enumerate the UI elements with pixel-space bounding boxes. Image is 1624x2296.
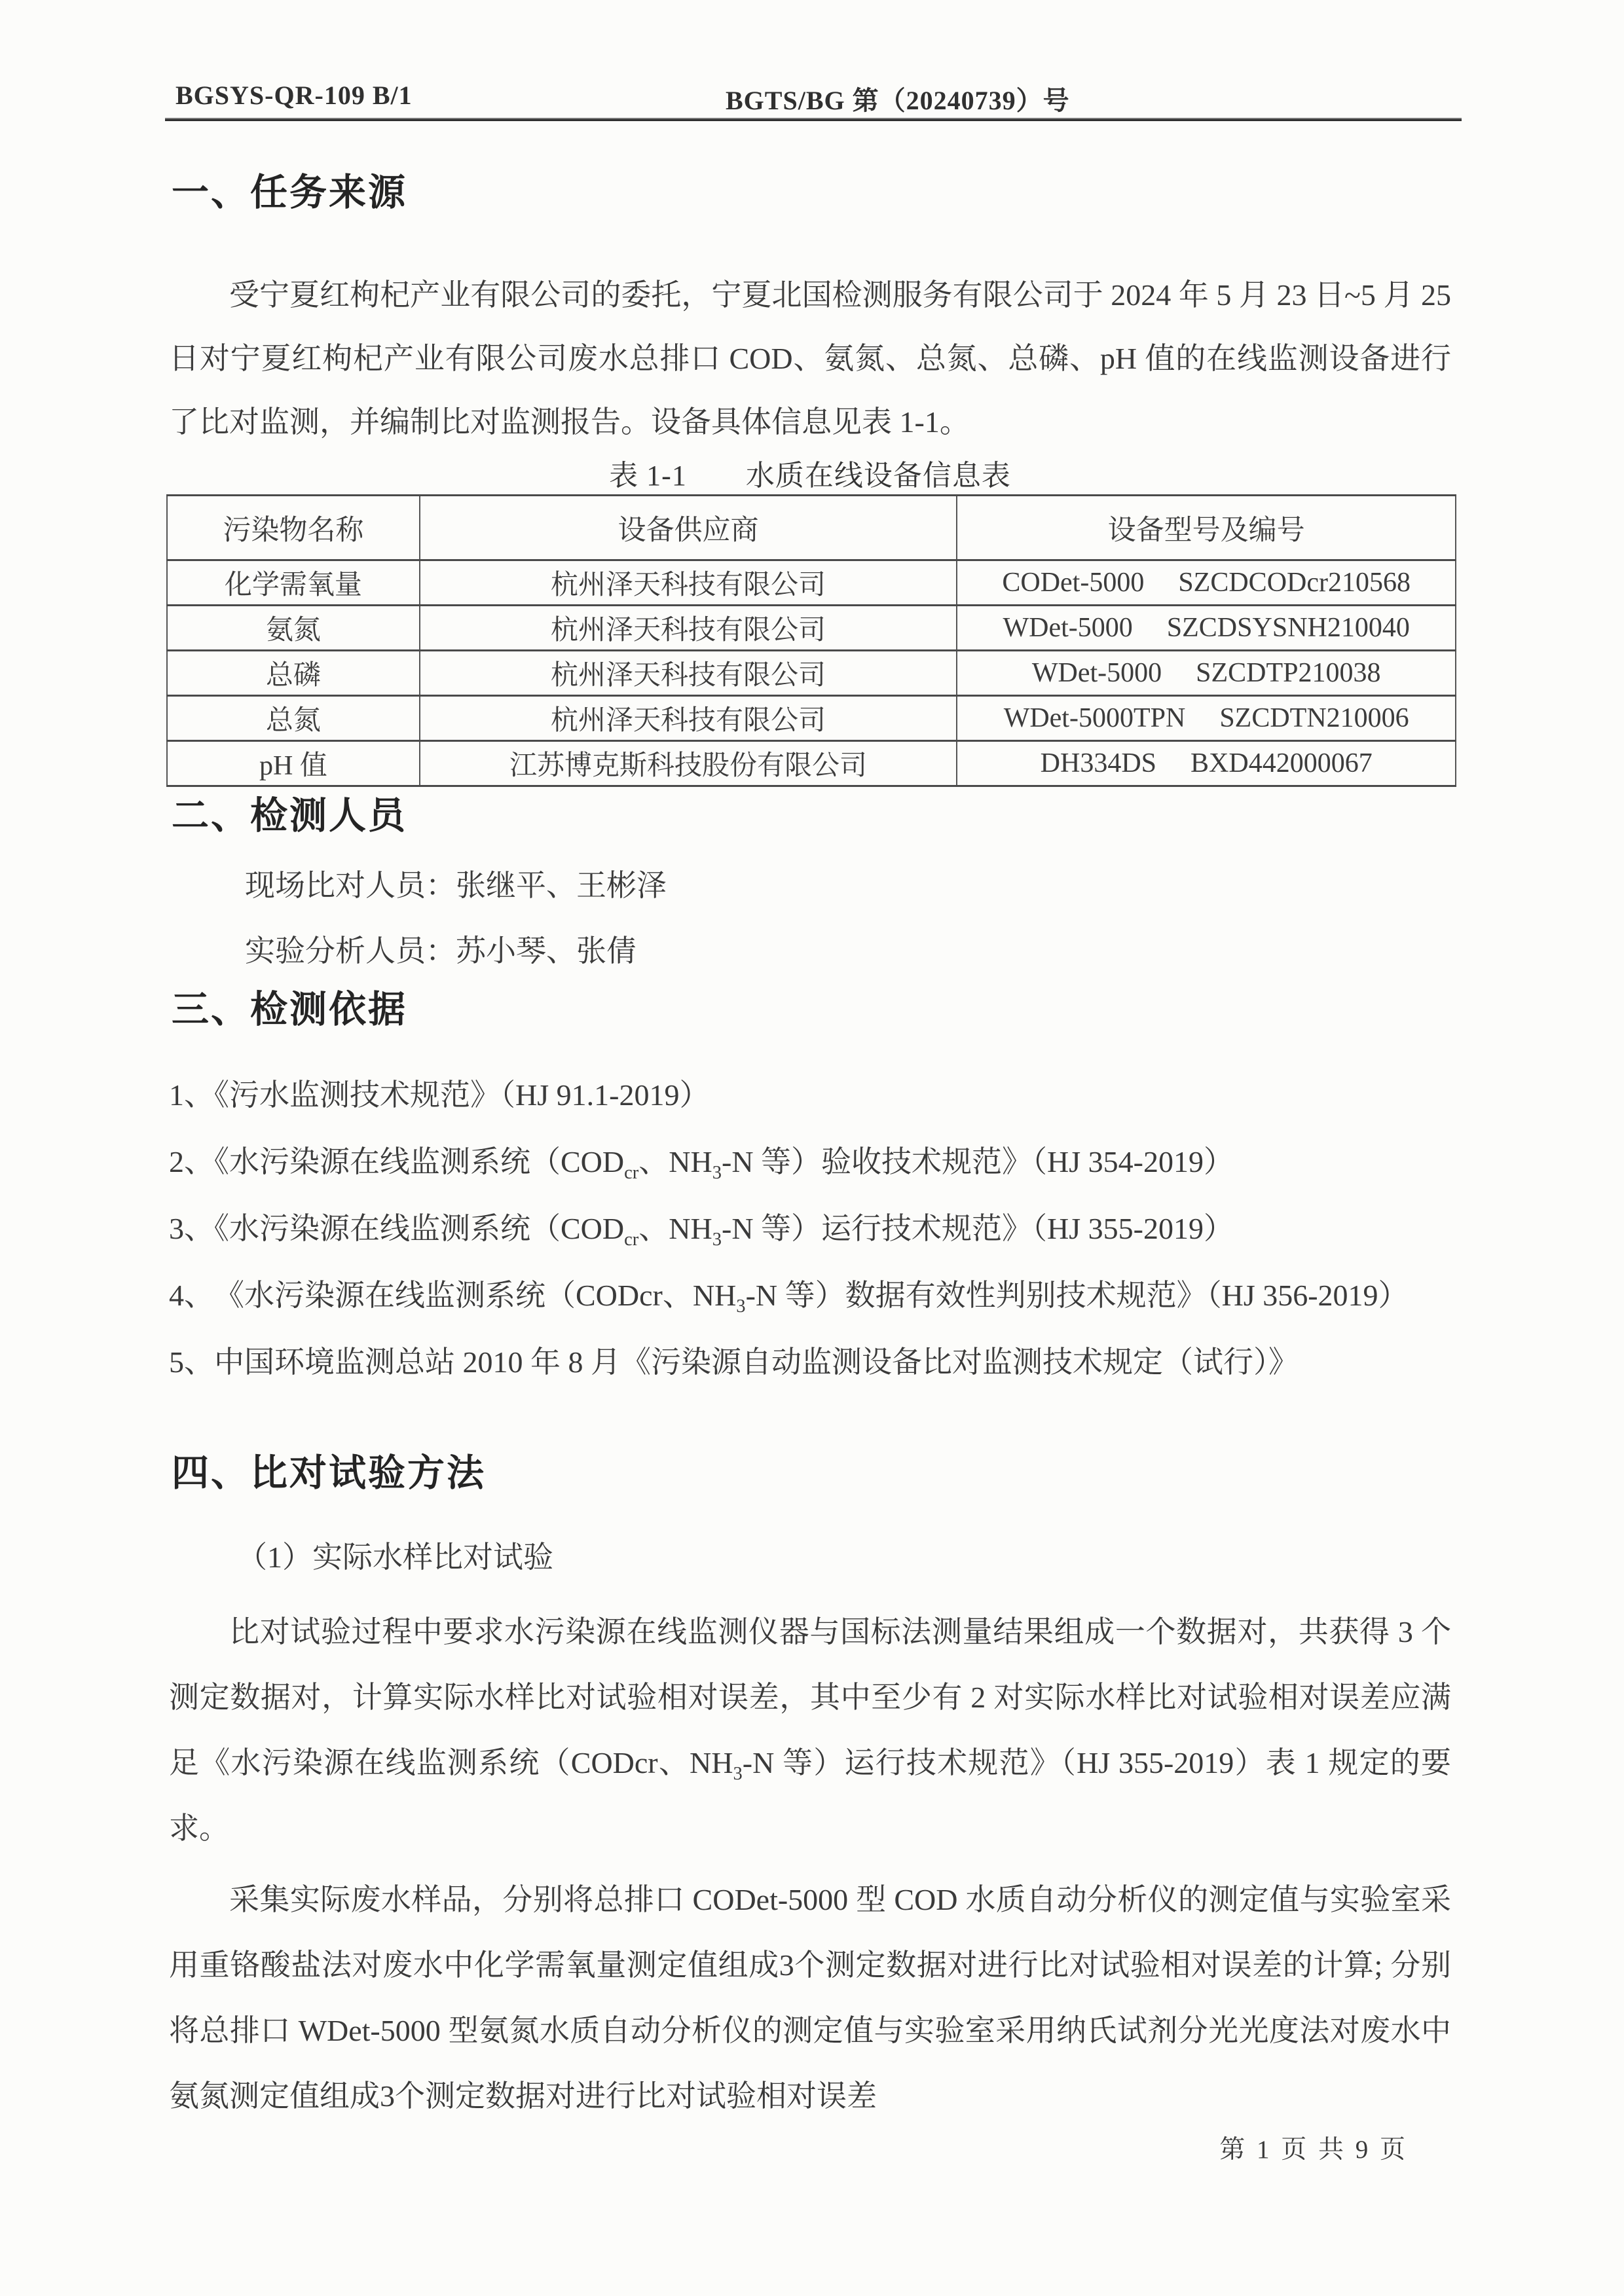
table-row: 氨氮 杭州泽天科技有限公司 WDet-5000SZCDSYSNH210040 (167, 606, 1456, 651)
device-serial: BXD442000067 (1190, 748, 1373, 779)
table-caption: 表 1-1 水质在线设备信息表 (169, 452, 1451, 494)
field-personnel-line: 现场比对人员：张继平、王彬泽 (245, 862, 667, 905)
page-number-indicator: 第 1 页 共 9 页 (1219, 2129, 1408, 2166)
basis-item-2: 2、《水污染源在线监测系统（CODcr、NH3-N 等）验收技术规范》（HJ 3… (169, 1129, 1452, 1195)
col-header-model-serial: 设备型号及编号 (957, 496, 1456, 560)
pollutant-cell: 化学需氧量 (167, 560, 420, 606)
section4-heading: 四、比对试验方法 (172, 1443, 486, 1497)
model-serial-cell: CODet-5000SZCDCODcr210568 (957, 560, 1456, 606)
form-code: BGSYS-QR-109 B/1 (175, 80, 413, 111)
section1-paragraph: 受宁夏红枸杞产业有限公司的委托，宁夏北国检测服务有限公司于 2024 年 5 月… (169, 263, 1451, 454)
device-serial: SZCDCODcr210568 (1178, 567, 1411, 598)
table-row: pH 值 江苏博克斯科技股份有限公司 DH334DSBXD442000067 (167, 741, 1456, 786)
supplier-cell: 杭州泽天科技有限公司 (420, 696, 957, 741)
col-header-supplier: 设备供应商 (420, 496, 957, 560)
basis-item-5: 5、中国环境监测总站 2010 年 8 月《污染源自动监测设备比对监测技术规定（… (169, 1329, 1452, 1396)
model-serial-cell: WDet-5000SZCDSYSNH210040 (957, 606, 1456, 651)
device-model: WDet-5000 (1032, 657, 1162, 689)
supplier-cell: 杭州泽天科技有限公司 (420, 651, 957, 696)
pollutant-cell: 总氮 (167, 696, 420, 741)
pollutant-cell: 氨氮 (167, 606, 420, 651)
device-model: WDet-5000 (1003, 612, 1133, 644)
table-row: 总氮 杭州泽天科技有限公司 WDet-5000TPNSZCDTN210006 (167, 696, 1456, 741)
header-divider (165, 118, 1462, 121)
table-row: 总磷 杭州泽天科技有限公司 WDet-5000SZCDTP210038 (167, 651, 1456, 696)
device-serial: SZCDSYSNH210040 (1167, 612, 1410, 644)
pollutant-cell: 总磷 (167, 651, 420, 696)
section2-heading: 二、检测人员 (172, 786, 407, 839)
basis-item-1: 1、《污水监测技术规范》（HJ 91.1-2019） (169, 1062, 1452, 1129)
report-number: BGTS/BG 第（20240739）号 (726, 80, 1070, 117)
device-serial: SZCDTP210038 (1196, 657, 1380, 689)
section1-heading: 一、任务来源 (172, 162, 407, 216)
table-header-row: 污染物名称 设备供应商 设备型号及编号 (167, 496, 1456, 560)
device-model: CODet-5000 (1002, 567, 1144, 598)
basis-item-4: 4、 《水污染源在线监测系统（CODcr、NH3-N 等）数据有效性判别技术规范… (169, 1262, 1452, 1329)
device-serial: SZCDTN210006 (1219, 702, 1409, 734)
section4-subheading: （1）实际水样比对试验 (237, 1533, 553, 1576)
section4-paragraph-2: 采集实际废水样品，分别将总排口 CODet-5000 型 COD 水质自动分析仪… (169, 1867, 1451, 2129)
model-serial-cell: WDet-5000SZCDTP210038 (957, 651, 1456, 696)
report-page: BGSYS-QR-109 B/1 BGTS/BG 第（20240739）号 一、… (0, 0, 1624, 2296)
supplier-cell: 杭州泽天科技有限公司 (420, 606, 957, 651)
supplier-cell: 杭州泽天科技有限公司 (420, 560, 957, 606)
section4-paragraph-1: 比对试验过程中要求水污染源在线监测仪器与国标法测量结果组成一个数据对，共获得 3… (169, 1599, 1451, 1861)
device-model: DH334DS (1041, 748, 1156, 779)
model-serial-cell: DH334DSBXD442000067 (957, 741, 1456, 786)
pollutant-cell: pH 值 (167, 741, 420, 786)
basis-item-3: 3、《水污染源在线监测系统（CODcr、NH3-N 等）运行技术规范》（HJ 3… (169, 1195, 1452, 1262)
col-header-pollutant: 污染物名称 (167, 496, 420, 560)
table-row: 化学需氧量 杭州泽天科技有限公司 CODet-5000SZCDCODcr2105… (167, 560, 1456, 606)
lab-personnel-line: 实验分析人员：苏小琴、张倩 (245, 927, 637, 970)
section3-heading: 三、检测依据 (172, 979, 407, 1033)
model-serial-cell: WDet-5000TPNSZCDTN210006 (957, 696, 1456, 741)
basis-list: 1、《污水监测技术规范》（HJ 91.1-2019） 2、《水污染源在线监测系统… (169, 1062, 1452, 1396)
device-info-table: 污染物名称 设备供应商 设备型号及编号 化学需氧量 杭州泽天科技有限公司 COD… (166, 494, 1456, 787)
supplier-cell: 江苏博克斯科技股份有限公司 (420, 741, 957, 786)
device-model: WDet-5000TPN (1004, 702, 1186, 734)
